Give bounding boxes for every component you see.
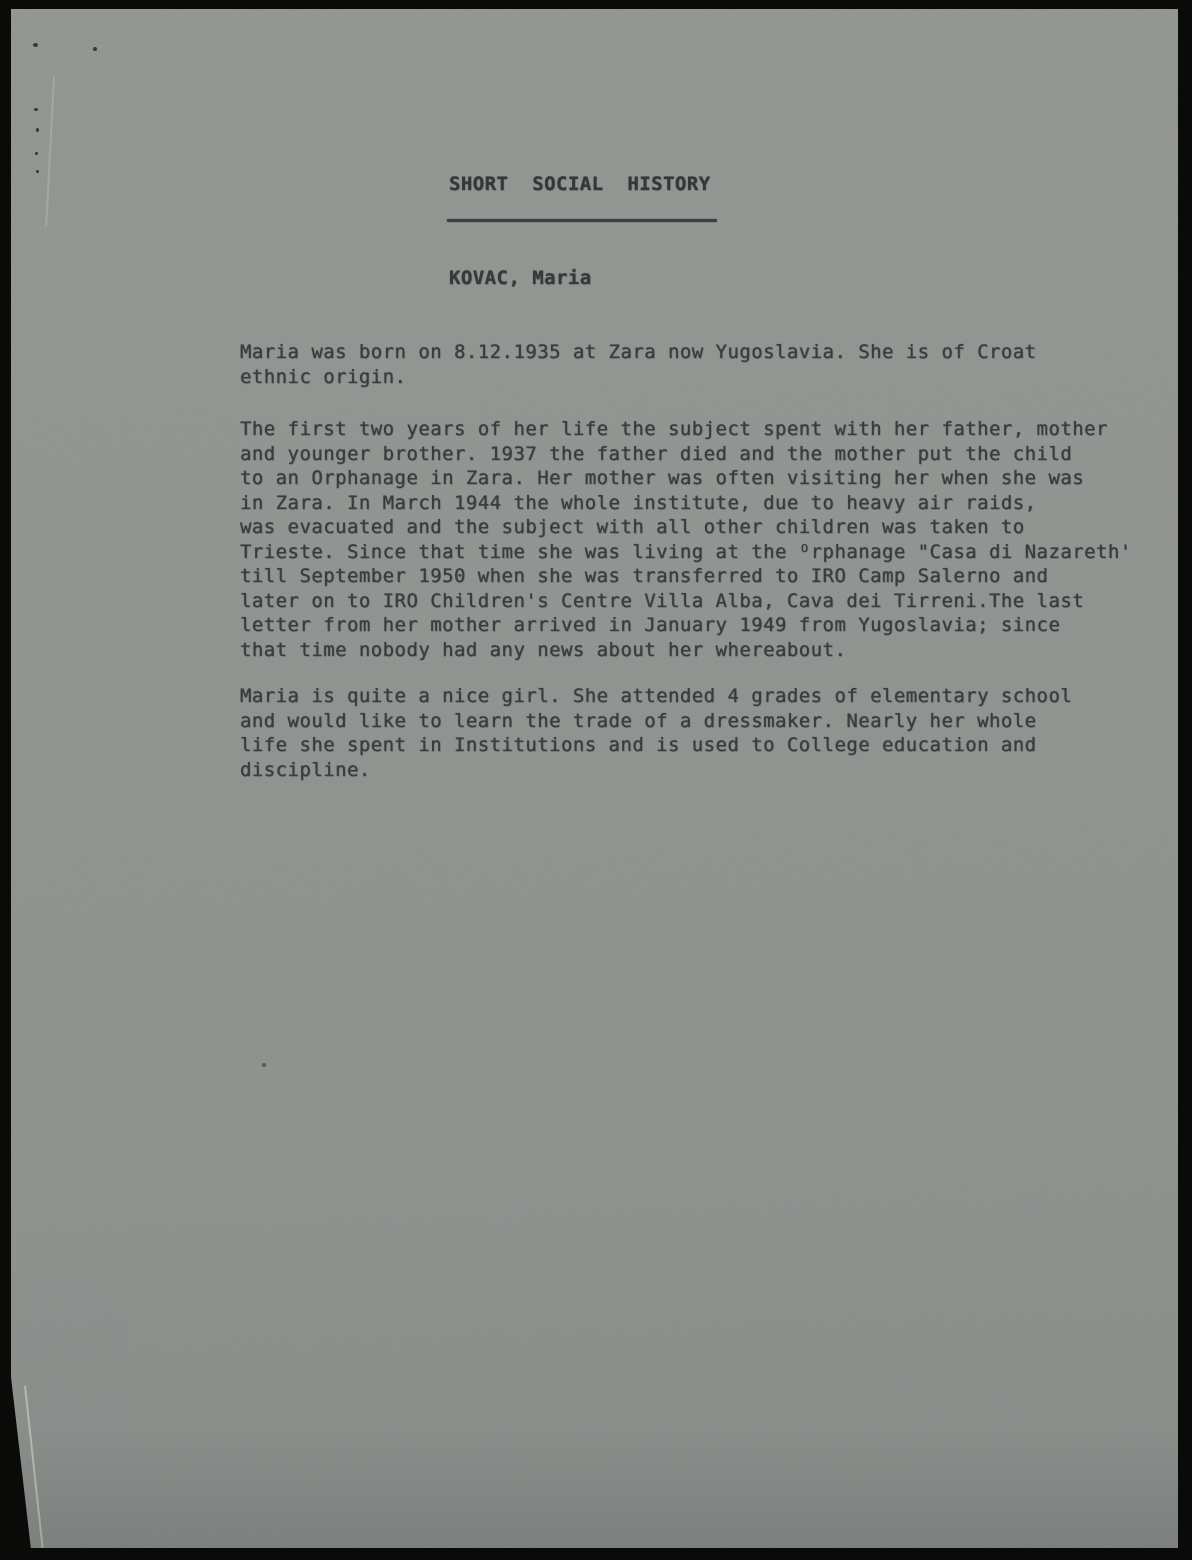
paper-speckle bbox=[33, 43, 38, 47]
subject-name: KOVAC, Maria bbox=[449, 266, 592, 291]
paper-bottom-shading bbox=[11, 1428, 1178, 1548]
paper-speckle bbox=[35, 152, 38, 155]
paper-speckle bbox=[93, 47, 97, 51]
paper-speckle bbox=[34, 108, 38, 111]
scanner-background: SHORT SOCIAL HISTORY KOVAC, Maria Maria … bbox=[0, 0, 1192, 1560]
paragraph-assessment: Maria is quite a nice girl. She attended… bbox=[240, 684, 1072, 782]
title-underline bbox=[447, 219, 717, 222]
paragraph-history: The first two years of her life the subj… bbox=[240, 417, 1132, 662]
paper-speckle bbox=[262, 1063, 266, 1067]
document-title: SHORT SOCIAL HISTORY bbox=[449, 172, 711, 197]
paper-speckle bbox=[36, 128, 39, 132]
paper-speckle bbox=[36, 170, 39, 173]
paragraph-birth: Maria was born on 8.12.1935 at Zara now … bbox=[240, 340, 1037, 389]
